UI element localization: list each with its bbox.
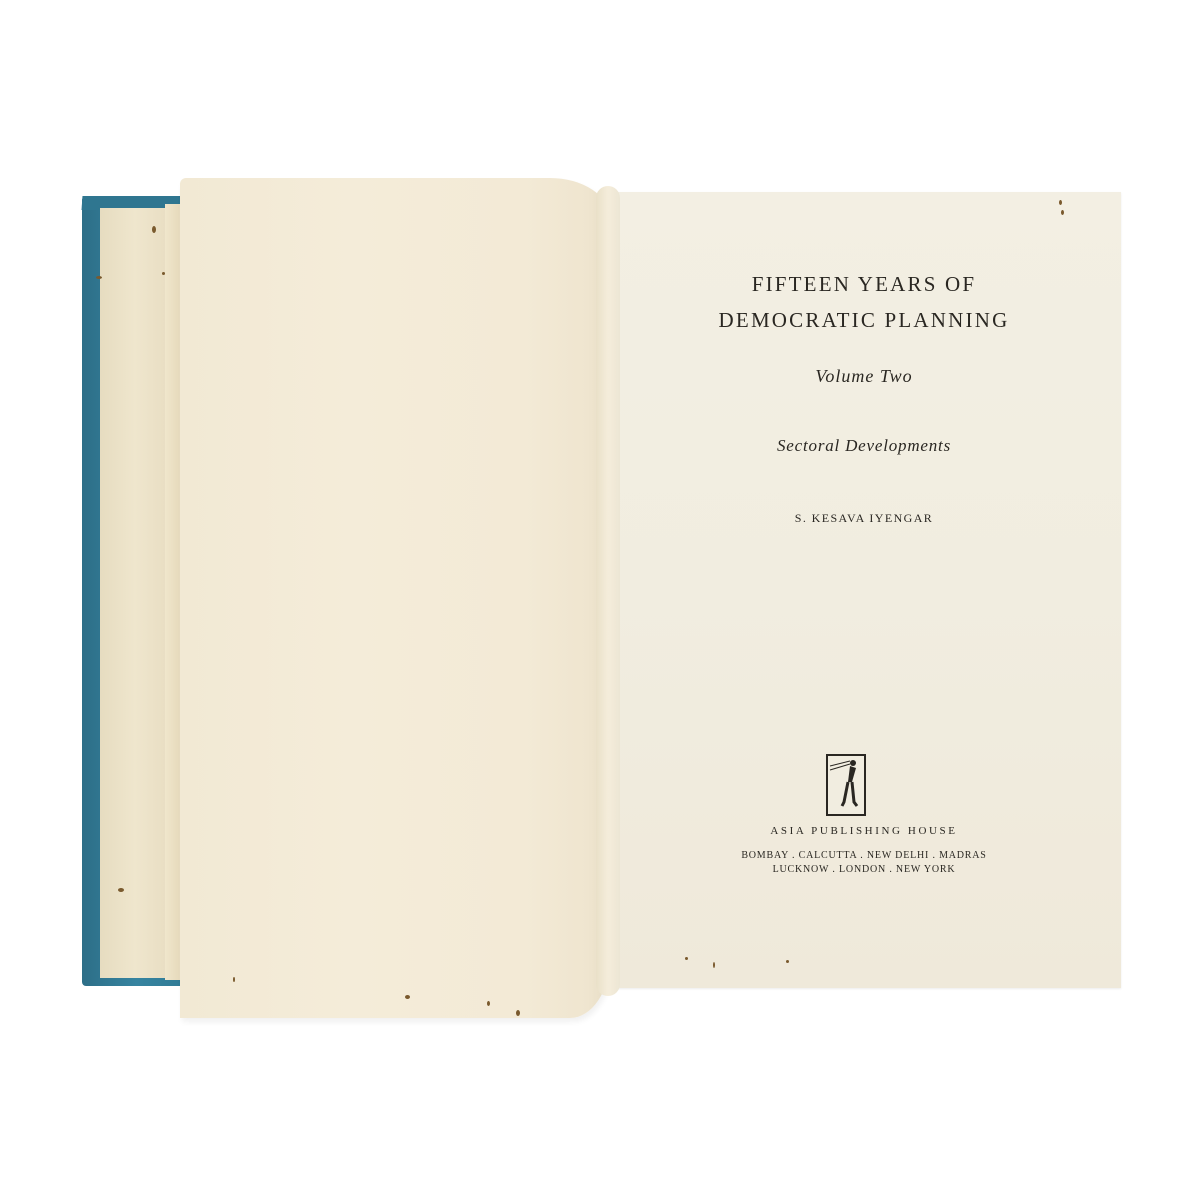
book-title-line-1: FIFTEEN YEARS OF (608, 272, 1120, 297)
man-pulling-rope-icon (828, 756, 864, 814)
foxing-spot (405, 995, 410, 999)
endpaper (100, 208, 170, 978)
foxing-spot (96, 276, 102, 279)
volume-label: Volume Two (608, 366, 1120, 387)
publisher-cities-line-2: LUCKNOW . LONDON . NEW YORK (608, 864, 1120, 875)
foxing-spot (1061, 210, 1064, 215)
foxing-spot (685, 957, 688, 960)
publisher-name: ASIA PUBLISHING HOUSE (608, 825, 1120, 837)
publisher-logo-icon (826, 754, 866, 816)
book-title-line-2: DEMOCRATIC PLANNING (608, 308, 1120, 333)
foxing-spot (1059, 200, 1062, 205)
foxing-spot (786, 960, 789, 963)
foxing-spot (713, 962, 715, 968)
book-subtitle: Sectoral Developments (608, 436, 1120, 456)
foxing-spot (118, 888, 124, 892)
book-author: S. KESAVA IYENGAR (608, 511, 1120, 526)
foxing-spot (516, 1010, 520, 1016)
publisher-cities-line-1: BOMBAY . CALCUTTA . NEW DELHI . MADRAS (608, 850, 1120, 861)
foxing-spot (162, 272, 165, 275)
foxing-spot (233, 977, 235, 982)
blank-verso-page (180, 178, 610, 1018)
foxing-spot (487, 1001, 490, 1006)
foxing-spot (152, 226, 156, 233)
